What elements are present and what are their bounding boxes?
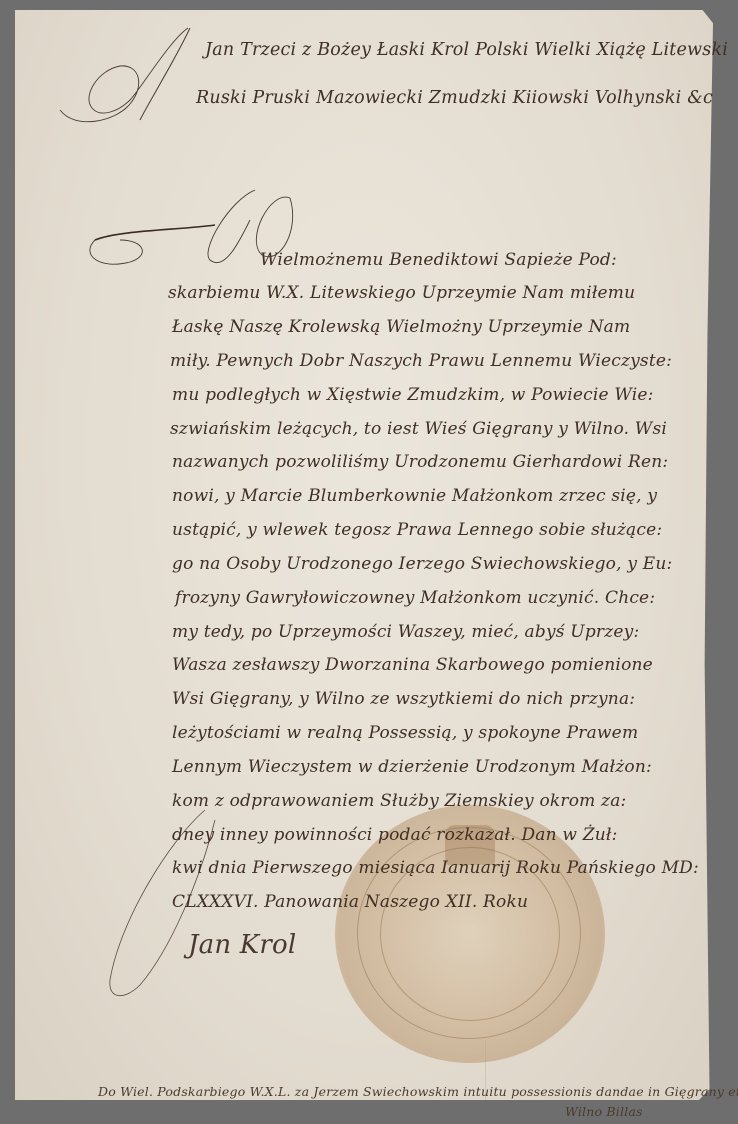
- body-line: go na Osoby Urodzonego Ierzego Swiechows…: [172, 554, 672, 574]
- body-line: nazwanych pozwoliliśmy Urodzonemu Gierha…: [172, 452, 668, 472]
- body-line: dney inney powinności podać rozkazał. Da…: [172, 825, 618, 845]
- body-line: szwiańskim leżących, to iest Wieś Gięgra…: [170, 419, 667, 439]
- body-line: frozyny Gawryłowiczowney Małżonkom uczyn…: [175, 588, 655, 608]
- body-line: nowi, y Marcie Blumberkownie Małżonkom z…: [172, 486, 657, 506]
- heading-line-1: Jan Trzeci z Bożey Łaski Krol Polski Wie…: [205, 40, 728, 60]
- body-line: Wasza zesławszy Dworzanina Skarbowego po…: [172, 655, 653, 675]
- body-line: mu podległych w Xięstwie Zmudzkim, w Pow…: [172, 385, 654, 405]
- body-line: CLXXXVI. Panowania Naszego XII. Roku: [172, 892, 528, 912]
- body-line: miły. Pewnych Dobr Naszych Prawu Lennemu…: [170, 351, 672, 371]
- body-line: Łaskę Naszę Krolewską Wielmożny Uprzeymi…: [172, 317, 630, 337]
- endorsement-line-1: Do Wiel. Podskarbiego W.X.L. za Jerzem S…: [98, 1084, 738, 1099]
- royal-signature: Jan Krol: [188, 930, 296, 960]
- heading-line-2: Ruski Pruski Mazowiecki Zmudzki Kiiowski…: [196, 88, 713, 108]
- body-line: ustąpić, y wlewek tegosz Prawa Lennego s…: [172, 520, 662, 540]
- body-line: Lennym Wieczystem w dzierżenie Urodzonym…: [172, 757, 652, 777]
- body-line: Wielmożnemu Benediktowi Sapieże Pod:: [260, 250, 617, 270]
- body-line: my tedy, po Uprzeymości Waszey, mieć, ab…: [172, 622, 639, 642]
- body-line: skarbiemu W.X. Litewskiego Uprzeymie Nam…: [168, 283, 635, 303]
- body-line: kwi dnia Pierwszego miesiąca Ianuarij Ro…: [172, 858, 699, 878]
- body-line: Wsi Gięgrany, y Wilno ze wszytkiemi do n…: [172, 689, 635, 709]
- body-line: kom z odprawowaniem Służby Ziemskiey okr…: [172, 791, 626, 811]
- body-line: leżytościami w realną Possessią, y spoko…: [172, 723, 638, 743]
- endorsement-line-2: Wilno Billas: [565, 1104, 643, 1119]
